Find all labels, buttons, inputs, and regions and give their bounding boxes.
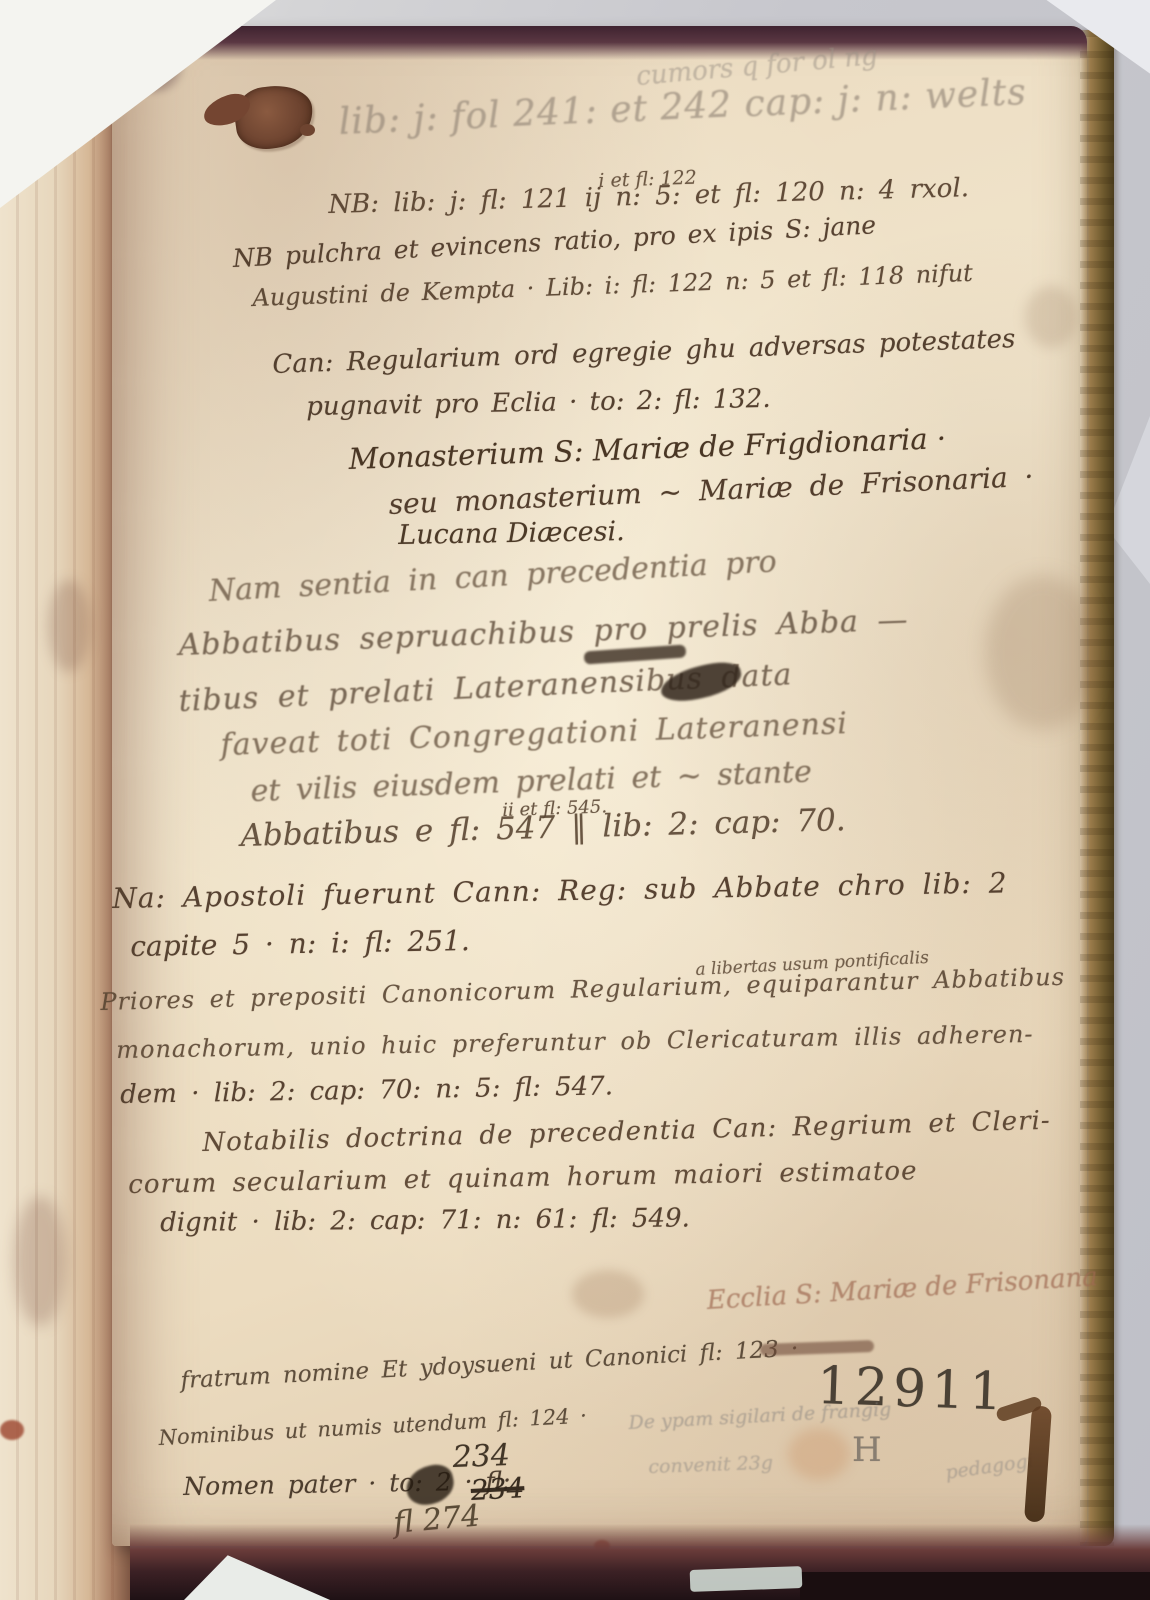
manuscript-photo: cumors q for ol ng lib: j: fol 241: et 2… — [0, 0, 1150, 1600]
pencil-letter-h: H — [852, 1430, 882, 1470]
rewritten-number: 234 — [452, 1438, 510, 1475]
fore-edge — [1080, 30, 1114, 1546]
stain-patch-right — [985, 575, 1100, 730]
pale-paper-sliver — [690, 1566, 803, 1592]
stain-patch-upper-right — [1025, 286, 1077, 348]
handwriting-line-capite: capite 5 · n: i: fl: 251. — [130, 924, 470, 963]
cover-edge-bottom-right — [800, 1572, 1150, 1600]
top-edge-stain-band — [112, 26, 1087, 60]
handwriting-line-dignit: dignit · lib: 2: cap: 71: n: 61: fl: 549… — [160, 1203, 690, 1238]
stain-patch-lower-center — [572, 1270, 644, 1318]
gutter-stain-lower — [14, 1196, 66, 1326]
handwriting-line-lucana: Lucana Diæcesi. — [398, 516, 625, 551]
facing-page-edge — [0, 18, 130, 1600]
wormhole-dot — [300, 124, 315, 136]
stain-patch-lower-right — [788, 1428, 850, 1480]
gutter-stain-upper — [48, 580, 90, 672]
pencil-note-bottom-2: convenit 23g — [648, 1452, 773, 1478]
rust-spot-left-edge — [0, 1420, 24, 1440]
